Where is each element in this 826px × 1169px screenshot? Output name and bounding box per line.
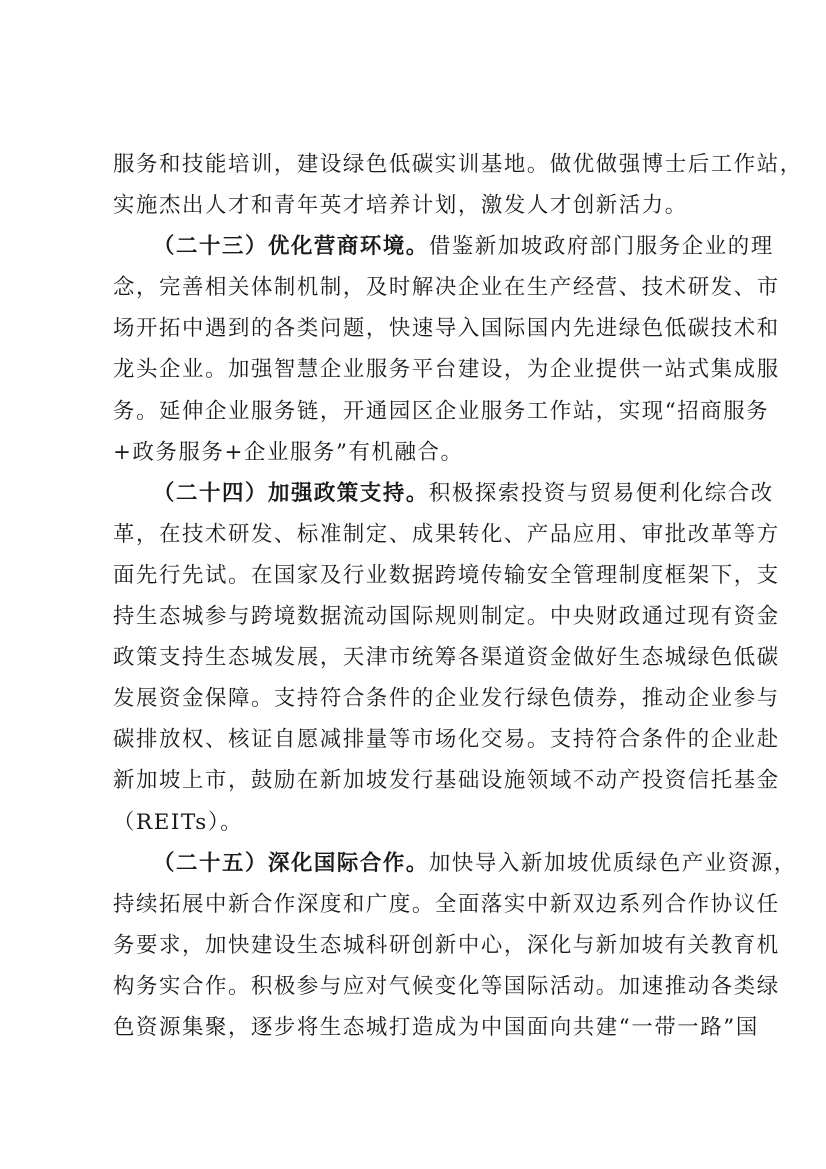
text-line: 持续拓展中新合作深度和广度。全面落实中新双边系列合作协议任: [113, 884, 713, 925]
paragraph-23-business-environment: （二十三）优化营商环境。借鉴新加坡政府部门服务企业的理 念，完善相关体制机制，及…: [113, 226, 713, 473]
text-line: （REITs）。: [113, 802, 713, 843]
text-line: 碳排放权、核证自愿减排量等市场化交易。支持符合条件的企业赴: [113, 719, 713, 760]
section-heading: （二十四）加强政策支持。: [153, 481, 429, 506]
section-heading: （二十五）深化国际合作。: [153, 851, 429, 876]
text-line: 务。延伸企业服务链，开通园区企业服务工作站，实现“招商服务: [113, 391, 713, 432]
section-heading: （二十三）优化营商环境。: [153, 234, 429, 259]
text-line: 面先行先试。在国家及行业数据跨境传输安全管理制度框架下，支: [113, 555, 713, 596]
text-line: 革，在技术研发、标准制定、成果转化、产品应用、审批改革等方: [113, 514, 713, 555]
paragraph-24-policy-support: （二十四）加强政策支持。积极探索投资与贸易便利化综合改 革，在技术研发、标准制定…: [113, 473, 713, 843]
text-line: 色资源集聚，逐步将生态城打造成为中国面向共建“一带一路”国: [113, 1007, 713, 1048]
text-line: 实施杰出人才和青年英才培养计划，激发人才创新活力。: [113, 185, 713, 226]
text-line: 念，完善相关体制机制，及时解决企业在生产经营、技术研发、市: [113, 267, 713, 308]
text-line: 龙头企业。加强智慧企业服务平台建设，为企业提供一站式集成服: [113, 349, 713, 390]
text-line: 持生态城参与跨境数据流动国际规则制定。中央财政通过现有资金: [113, 596, 713, 637]
paragraph-first-line: （二十四）加强政策支持。积极探索投资与贸易便利化综合改: [113, 473, 713, 514]
paragraph-continuation: 服务和技能培训，建设绿色低碳实训基地。做优做强博士后工作站， 实施杰出人才和青年…: [113, 144, 713, 226]
paragraph-first-line: （二十五）深化国际合作。加快导入新加坡优质绿色产业资源，: [113, 843, 713, 884]
text-span: 积极探索投资与贸易便利化综合改: [429, 481, 774, 506]
text-line: 构务实合作。积极参与应对气候变化等国际活动。加速推动各类绿: [113, 966, 713, 1007]
text-line: 务要求，加快建设生态城科研创新中心，深化与新加坡有关教育机: [113, 925, 713, 966]
text-span: 借鉴新加坡政府部门服务企业的理: [429, 234, 774, 259]
text-line: 发展资金保障。支持符合条件的企业发行绿色债券，推动企业参与: [113, 678, 713, 719]
text-line: 服务和技能培训，建设绿色低碳实训基地。做优做强博士后工作站，: [113, 144, 713, 185]
paragraph-25-international-cooperation: （二十五）深化国际合作。加快导入新加坡优质绿色产业资源， 持续拓展中新合作深度和…: [113, 843, 713, 1048]
text-line: 新加坡上市，鼓励在新加坡发行基础设施领域不动产投资信托基金: [113, 760, 713, 801]
paragraph-first-line: （二十三）优化营商环境。借鉴新加坡政府部门服务企业的理: [113, 226, 713, 267]
document-page: 服务和技能培训，建设绿色低碳实训基地。做优做强博士后工作站， 实施杰出人才和青年…: [113, 144, 713, 1048]
text-line: 政策支持生态城发展，天津市统筹各渠道资金做好生态城绿色低碳: [113, 637, 713, 678]
text-line: +政务服务+企业服务”有机融合。: [113, 432, 713, 473]
text-span: 加快导入新加坡优质绿色产业资源，: [429, 851, 797, 876]
text-line: 场开拓中遇到的各类问题，快速导入国际国内先进绿色低碳技术和: [113, 308, 713, 349]
